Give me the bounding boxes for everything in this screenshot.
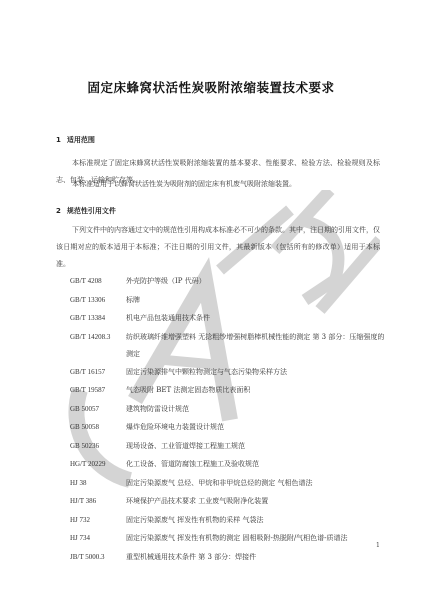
- reference-title: 气态吸附 BET 法测定固态物质比表面积: [126, 382, 390, 399]
- reference-title: 机电产品包装通用技术条件: [126, 310, 390, 327]
- section-title: 适用范围: [67, 136, 95, 144]
- reference-list: GB/T 4208外壳防护等级（IP 代码） GB/T 13306标牌 GB/T…: [70, 277, 390, 571]
- reference-title: 爆炸危险环境电力装置设计规范: [126, 419, 390, 436]
- reference-code: GB/T 13384: [70, 314, 126, 322]
- reference-code: HJ 38: [70, 479, 126, 487]
- reference-title: 固定污染源废气 总烃、甲烷和非甲烷总烃的测定 气相色谱法: [126, 475, 390, 492]
- reference-item: JB/T 5000.3重型机械通用技术条件 第 3 部分：焊接件: [70, 553, 390, 572]
- reference-code: HG/T 20229: [70, 460, 126, 468]
- reference-code: GB 50058: [70, 423, 126, 431]
- reference-title: 标牌: [126, 292, 390, 309]
- reference-code: GB 50236: [70, 442, 126, 450]
- reference-code: HJ 732: [70, 516, 126, 524]
- reference-code: GB 50057: [70, 405, 126, 413]
- section-title: 规范性引用文件: [67, 207, 116, 215]
- reference-title: 重型机械通用技术条件 第 3 部分：焊接件: [126, 549, 390, 566]
- reference-code: GB/T 16157: [70, 368, 126, 376]
- document-title: 固定床蜂窝状活性炭吸附浓缩装置技术要求: [0, 78, 422, 96]
- page-number: 1: [376, 542, 380, 549]
- reference-title: 固定污染源废气 挥发性有机物的测定 固相吸附-热脱附/气相色谱-质谱法: [126, 530, 390, 547]
- reference-title: 纺织玻璃纤维增强塑料 无捻粗纱增强树脂棒机械性能的测定 第 3 部分：压缩强度的…: [126, 329, 390, 363]
- reference-code: HJ 734: [70, 534, 126, 542]
- reference-code: GB/T 4208: [70, 277, 126, 285]
- scope-paragraph-2: 本标准适用于以蜂窝状活性炭为吸附剂的固定床有机废气吸附浓缩装置。: [56, 176, 380, 193]
- references-intro-paragraph: 下列文件中的内容通过文中的规范性引用构成本标准必不可少的条款。其中，注日期的引用…: [56, 222, 380, 273]
- section-heading-references: 2规范性引用文件: [56, 206, 116, 216]
- document-page: 固定床蜂窝状活性炭吸附浓缩装置技术要求 1适用范围 本标准规定了固定床蜂窝状活性…: [0, 0, 422, 596]
- reference-code: JB/T 5000.3: [70, 553, 126, 561]
- reference-title: 现场设备、工业管道焊接工程施工规范: [126, 438, 390, 455]
- reference-code: GB/T 13306: [70, 296, 126, 304]
- reference-title: 外壳防护等级（IP 代码）: [126, 273, 390, 290]
- reference-title: 建筑物防雷设计规范: [126, 401, 390, 418]
- section-number: 1: [56, 136, 61, 144]
- reference-title: 固定污染源废气 挥发性有机物的采样 气袋法: [126, 512, 390, 529]
- reference-code: GB/T 14208.3: [70, 333, 126, 341]
- reference-title: 化工设备、管道防腐蚀工程施工及验收规范: [126, 456, 390, 473]
- reference-title: 环境保护产品技术要求 工业废气吸附净化装置: [126, 493, 390, 510]
- section-number: 2: [56, 207, 61, 215]
- section-heading-scope: 1适用范围: [56, 135, 95, 145]
- reference-title: 固定污染源排气中颗粒物测定与气态污染物采样方法: [126, 364, 390, 381]
- reference-code: HJ/T 386: [70, 497, 126, 505]
- reference-code: GB/T 19587: [70, 386, 126, 394]
- reference-item: GB/T 14208.3纺织玻璃纤维增强塑料 无捻粗纱增强树脂棒机械性能的测定 …: [70, 333, 390, 368]
